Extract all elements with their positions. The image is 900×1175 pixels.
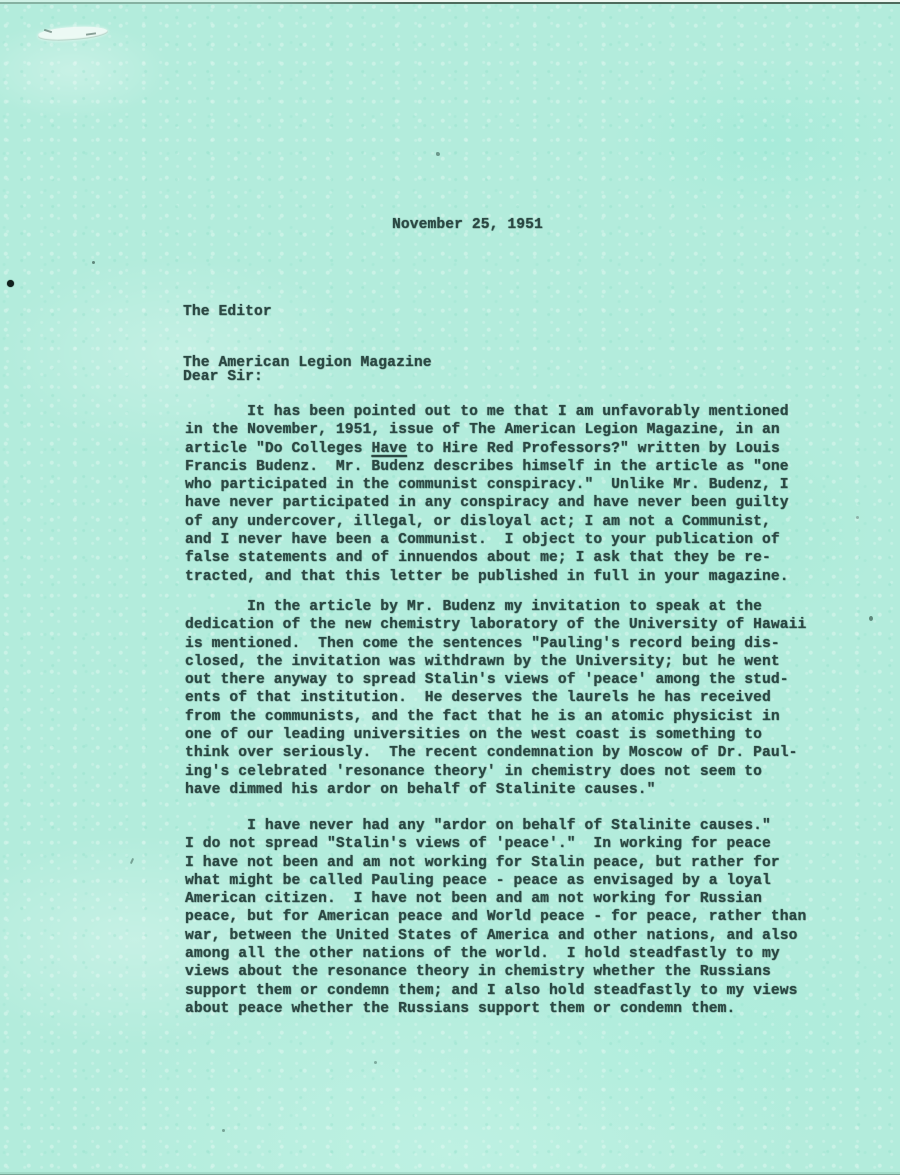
text-segment: I have never had any "ardor on behalf of… <box>185 818 771 834</box>
letter-line: ents of that institution. He deserves th… <box>185 689 806 707</box>
letter-line: think over seriously. The recent condemn… <box>185 744 806 762</box>
ink-speck <box>374 1061 377 1064</box>
text-segment: and I never have been a Communist. I obj… <box>185 532 780 548</box>
text-segment: views about the resonance theory in chem… <box>185 964 771 980</box>
letter-line: have dimmed his ardor on behalf of Stali… <box>185 781 806 799</box>
letter-line: closed, the invitation was withdrawn by … <box>185 653 806 671</box>
text-segment: who participated in the communist conspi… <box>185 477 789 493</box>
letter-page: November 25, 1951 The Editor The America… <box>0 0 900 1175</box>
text-segment: I do not spread "Stalin's views of 'peac… <box>185 836 771 852</box>
text-segment: war, between the United States of Americ… <box>185 928 798 944</box>
letter-line: one of our leading universities on the w… <box>185 726 806 744</box>
body-paragraph-1: It has been pointed out to me that I am … <box>185 403 789 586</box>
text-segment: from the communists, and the fact that h… <box>185 709 780 725</box>
text-segment: I have not been and am not working for S… <box>185 855 780 871</box>
text-segment: ents of that institution. He deserves th… <box>185 690 771 706</box>
salutation: Dear Sir: <box>183 369 263 385</box>
text-segment: have dimmed his ardor on behalf of Stali… <box>185 782 656 798</box>
ink-speck <box>92 261 95 264</box>
letter-line: ing's celebrated 'resonance theory' in c… <box>185 763 806 781</box>
letter-date: November 25, 1951 <box>392 217 543 233</box>
text-segment: peace, but for American peace and World … <box>185 909 806 925</box>
text-segment: about peace whether the Russians support… <box>185 1001 735 1017</box>
ink-speck <box>856 516 859 519</box>
text-segment: Francis Budenz. Mr. Budenz describes him… <box>185 459 789 475</box>
letter-line: dedication of the new chemistry laborato… <box>185 616 806 634</box>
text-segment: to Hire Red Professors?" written by Loui… <box>407 441 780 457</box>
ink-speck <box>222 1129 225 1132</box>
letter-line: I have not been and am not working for S… <box>185 854 806 872</box>
letter-line: false statements and of innuendos about … <box>185 549 789 567</box>
text-segment: false statements and of innuendos about … <box>185 550 771 566</box>
underlined-text: Have <box>371 441 407 457</box>
text-segment: tracted, and that this letter be publish… <box>185 569 789 585</box>
letter-line: from the communists, and the fact that h… <box>185 708 806 726</box>
text-segment: closed, the invitation was withdrawn by … <box>185 654 780 670</box>
letter-line: article "Do Colleges Have to Hire Red Pr… <box>185 440 789 458</box>
letter-line: peace, but for American peace and World … <box>185 908 806 926</box>
letter-line: out there anyway to spread Stalin's view… <box>185 671 806 689</box>
text-segment: in the November, 1951, issue of The Amer… <box>185 422 780 438</box>
letter-line: views about the resonance theory in chem… <box>185 963 806 981</box>
text-segment: think over seriously. The recent condemn… <box>185 745 798 761</box>
letter-line: I do not spread "Stalin's views of 'peac… <box>185 835 806 853</box>
letter-line: I have never had any "ardor on behalf of… <box>185 817 806 835</box>
text-segment: out there anyway to spread Stalin's view… <box>185 672 789 688</box>
recipient-line: The Editor <box>183 303 432 322</box>
ink-speck <box>436 152 440 156</box>
letter-line: have never participated in any conspirac… <box>185 494 789 512</box>
text-segment: support them or condemn them; and I also… <box>185 983 798 999</box>
text-segment: among all the other nations of the world… <box>185 946 780 962</box>
letter-line: support them or condemn them; and I also… <box>185 982 806 1000</box>
letter-line: and I never have been a Communist. I obj… <box>185 531 789 549</box>
text-segment: In the article by Mr. Budenz my invitati… <box>185 599 762 615</box>
letter-line: In the article by Mr. Budenz my invitati… <box>185 598 806 616</box>
letter-line: who participated in the communist conspi… <box>185 476 789 494</box>
scan-bottom-edge <box>0 1171 900 1175</box>
ink-speck <box>130 858 134 864</box>
text-segment: American citizen. I have not been and am… <box>185 891 762 907</box>
text-segment: one of our leading universities on the w… <box>185 727 762 743</box>
text-segment: article "Do Colleges <box>185 441 371 457</box>
text-segment: have never participated in any conspirac… <box>185 495 789 511</box>
text-segment: It has been pointed out to me that I am … <box>185 404 789 420</box>
letter-line: tracted, and that this letter be publish… <box>185 568 789 586</box>
ink-speck <box>869 616 873 621</box>
text-segment: dedication of the new chemistry laborato… <box>185 617 806 633</box>
body-paragraph-2: In the article by Mr. Budenz my invitati… <box>185 598 806 799</box>
letter-line: Francis Budenz. Mr. Budenz describes him… <box>185 458 789 476</box>
body-paragraph-3: I have never had any "ardor on behalf of… <box>185 817 806 1018</box>
letter-line: what might be called Pauling peace - pea… <box>185 872 806 890</box>
ink-blot <box>7 280 14 287</box>
letter-line: about peace whether the Russians support… <box>185 1000 806 1018</box>
letter-line: American citizen. I have not been and am… <box>185 890 806 908</box>
letter-line: in the November, 1951, issue of The Amer… <box>185 421 789 439</box>
letter-line: It has been pointed out to me that I am … <box>185 403 789 421</box>
letter-line: war, between the United States of Americ… <box>185 927 806 945</box>
text-segment: of any undercover, illegal, or disloyal … <box>185 514 771 530</box>
text-segment: is mentioned. Then come the sentences "P… <box>185 636 780 652</box>
letter-line: among all the other nations of the world… <box>185 945 806 963</box>
text-segment: what might be called Pauling peace - pea… <box>185 873 771 889</box>
text-segment: ing's celebrated 'resonance theory' in c… <box>185 764 762 780</box>
letter-line: of any undercover, illegal, or disloyal … <box>185 513 789 531</box>
letter-line: is mentioned. Then come the sentences "P… <box>185 635 806 653</box>
paper-tear-mark <box>38 25 109 43</box>
scan-top-edge-fade <box>0 0 405 5</box>
